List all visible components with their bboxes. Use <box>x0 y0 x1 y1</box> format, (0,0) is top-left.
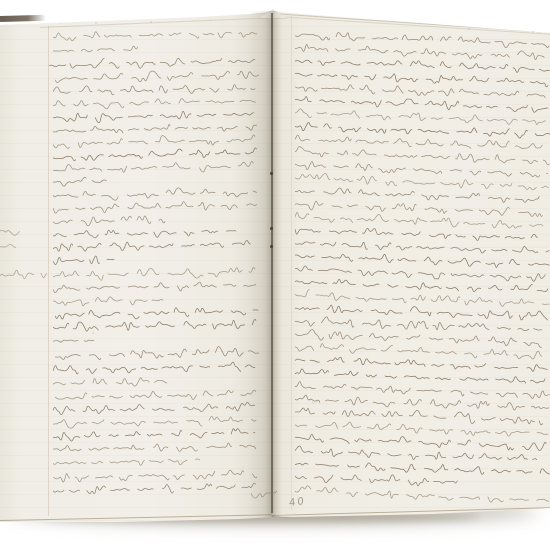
foxing-speck <box>150 21 152 23</box>
page-number-annotation: 40 <box>289 496 306 509</box>
handwriting-line <box>251 485 278 500</box>
foxing-speck <box>532 31 534 33</box>
handwriting-line <box>53 479 257 498</box>
foxing-speck <box>92 332 94 334</box>
photo-backdrop: 40 <box>0 0 550 550</box>
foxing-speck <box>468 28 470 30</box>
foxing-speck <box>312 402 314 404</box>
handwriting-line <box>53 25 257 44</box>
handwriting-line <box>295 483 550 507</box>
handwriting-line <box>0 266 47 282</box>
foxing-speck <box>263 148 264 149</box>
handwriting-line <box>53 332 94 348</box>
foxing-speck <box>60 23 61 24</box>
handwriting-line <box>0 238 16 253</box>
foxing-speck <box>210 19 211 20</box>
foxing-speck <box>95 22 97 24</box>
handwriting-line <box>0 223 20 238</box>
margin-rule <box>291 16 292 510</box>
foxing-speck <box>482 122 483 123</box>
left-page <box>0 0 272 550</box>
foxing-speck <box>322 17 323 18</box>
right-page: 40 <box>272 0 550 550</box>
foxing-speck <box>180 460 182 462</box>
cover-board-edge <box>0 15 46 22</box>
margin-rule <box>48 26 49 516</box>
open-manuscript-book: 40 <box>0 0 550 550</box>
handwriting-line <box>53 252 115 268</box>
